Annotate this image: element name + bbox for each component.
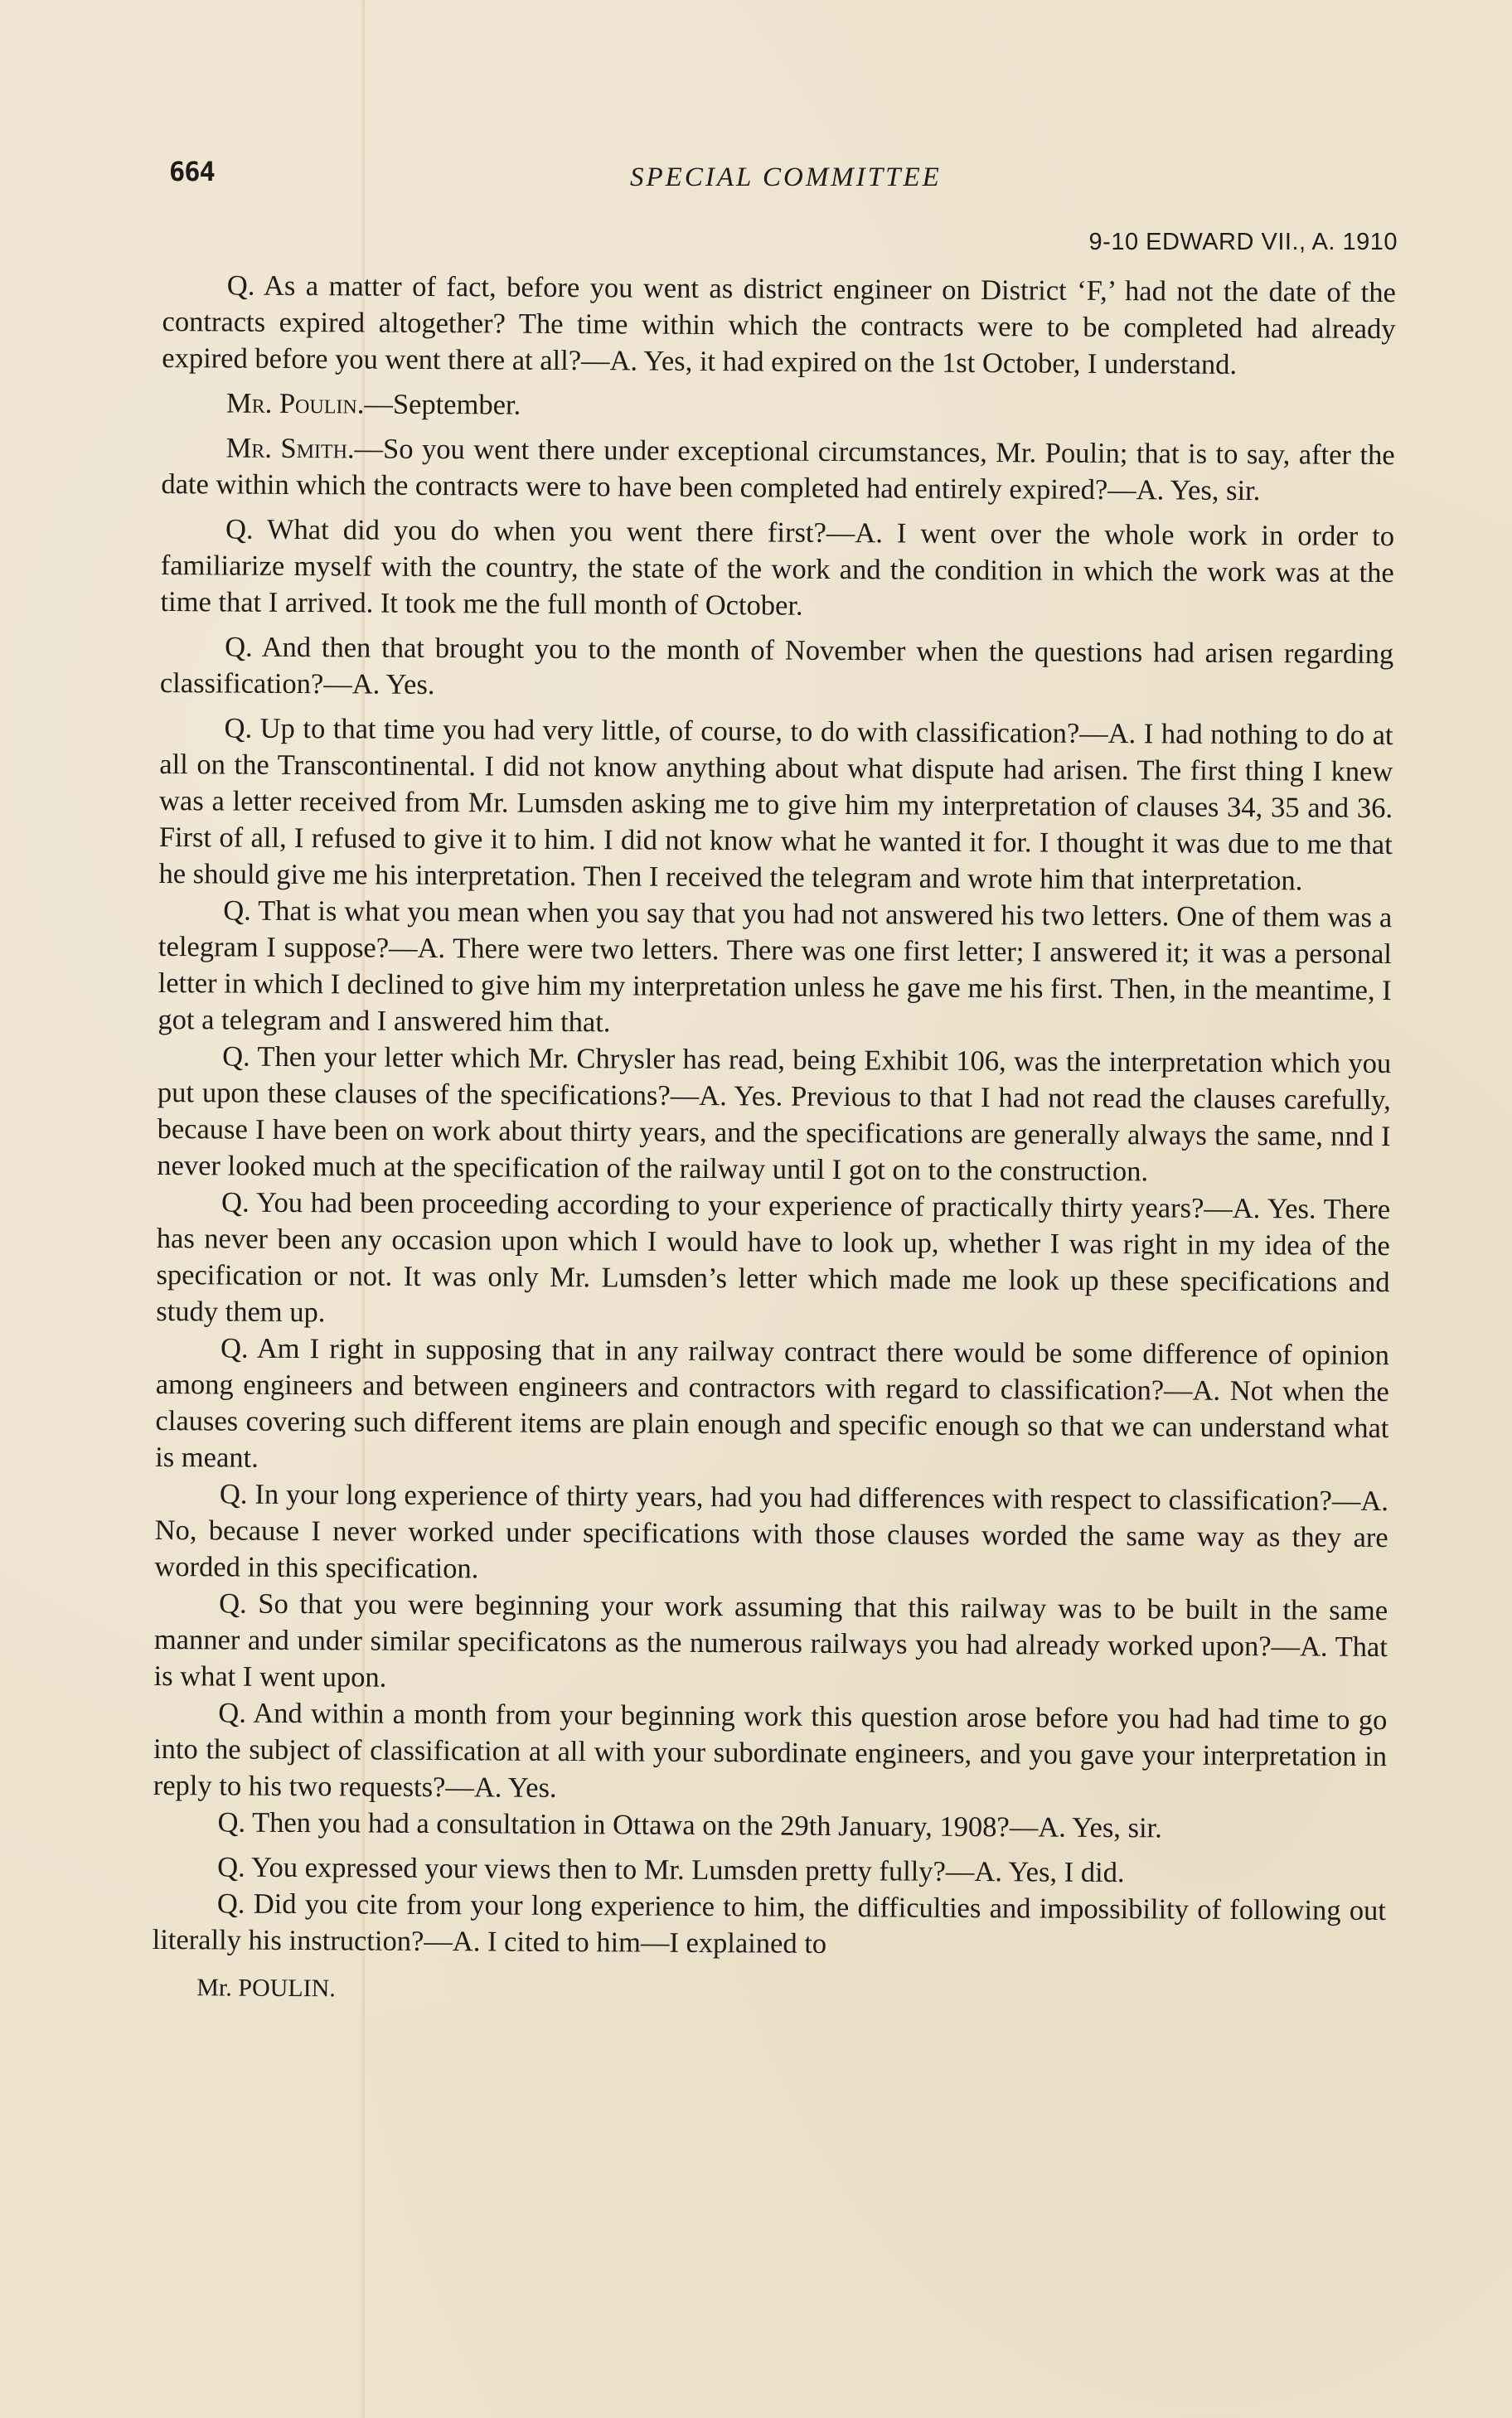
speaker-signature: Mr. POULIN. [196,1970,1385,2013]
paragraph-text: Q. As a matter of fact, before you went … [162,269,1396,380]
speaker: Mr. Smith. [226,432,355,464]
paragraph-text: Q. Then you had a consultation in Ottawa… [217,1806,1162,1844]
paragraph-text: —September. [364,388,521,420]
paragraph-5: Q. And then that brought you to the mont… [160,628,1394,709]
paragraph-1: Q. As a matter of fact, before you went … [162,267,1396,384]
paragraph-text: Q. Up to that time you had very little, … [158,712,1393,896]
paragraph-text: Q. Did you cite from your long experienc… [153,1887,1386,1959]
paragraph-text: Q. Am I right in supposing that in any r… [155,1332,1389,1473]
paragraph-text: Q. And within a month from your beginnin… [153,1697,1388,1803]
paragraph-text: Q. You expressed your views then to Mr. … [217,1851,1125,1888]
paragraph-text: Q. What did you do when you went there f… [160,513,1394,621]
paragraph-text: Q. So that you were beginning your work … [153,1587,1388,1693]
paragraph-4: Q. What did you do when you went there f… [160,511,1394,628]
speaker: Mr. Poulin. [226,387,365,419]
paragraph-8: Q. Then your letter which Mr. Chrysler h… [157,1038,1391,1191]
paragraph-12: Q. So that you were beginning your work … [153,1585,1388,1702]
transcript-body: Q. As a matter of fact, before you went … [152,267,1396,2013]
paragraph-3: Mr. Smith.—So you went there under excep… [161,429,1395,510]
page-number: 664 [169,156,215,187]
paragraph-9: Q. You had been proceeding according to … [156,1184,1390,1337]
paragraph-10: Q. Am I right in supposing that in any r… [155,1330,1389,1483]
paragraph-text: Q. That is what you mean when you say th… [157,894,1392,1038]
paragraph-6: Q. Up to that time you had very little, … [158,710,1393,899]
paragraph-16: Q. Did you cite from your long experienc… [153,1885,1387,1965]
paragraph-7: Q. That is what you mean when you say th… [157,892,1392,1045]
paragraph-13: Q. And within a month from your beginnin… [153,1694,1388,1811]
session-label: 9-10 EDWARD VII., A. 1910 [1089,229,1398,256]
paragraph-2: Mr. Poulin.—September. [162,385,1395,429]
paragraph-text: Q. Then your letter which Mr. Chrysler h… [157,1040,1391,1187]
paragraph-text: Q. In your long experience of thirty yea… [154,1478,1388,1584]
paragraph-14: Q. Then you had a consultation in Ottawa… [153,1804,1386,1848]
paragraph-text: Q. And then that brought you to the mont… [160,631,1393,700]
running-head: SPECIAL COMMITTEE [630,162,942,193]
document-page: 664 SPECIAL COMMITTEE 9-10 EDWARD VII., … [0,0,1512,2418]
paragraph-11: Q. In your long experience of thirty yea… [154,1476,1388,1592]
paragraph-text: Q. You had been proceeding according to … [156,1186,1390,1328]
